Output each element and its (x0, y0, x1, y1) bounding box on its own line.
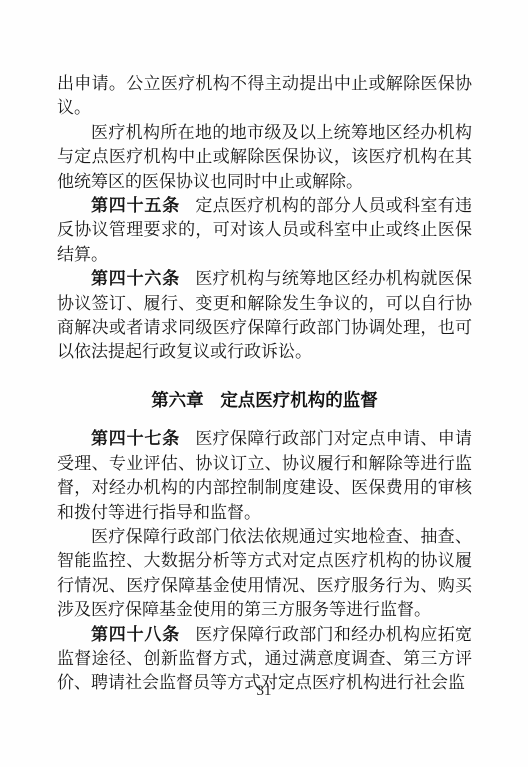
article-number-label: 第四十七条 (91, 429, 180, 448)
paragraph-text: 出申请。公立医疗机构不得主动提出中止或解除医保协议。 (57, 74, 472, 117)
document-page: 出申请。公立医疗机构不得主动提出中止或解除医保协议。 医疗机构所在地的地市级及以… (0, 0, 528, 767)
paragraph-body: 医疗机构所在地的地市级及以上统筹地区经办机构与定点医疗机构中止或解除医保协议，该… (57, 121, 472, 194)
article-number-label: 第四十六条 (91, 269, 180, 288)
paragraph-text: 医疗机构所在地的地市级及以上统筹地区经办机构与定点医疗机构中止或解除医保协议，该… (57, 123, 472, 191)
paragraph-text: 医疗保障行政部门依法依规通过实地检查、抽查、智能监控、大数据分析等方式对定点医疗… (57, 527, 472, 619)
paragraph-article-45: 第四十五条定点医疗机构的部分人员或科室有违反协议管理要求的，可对该人员或科室中止… (57, 194, 472, 267)
article-number-label: 第四十五条 (91, 196, 180, 215)
chapter-title: 定点医疗机构的监督 (220, 390, 378, 410)
paragraph-article-46: 第四十六条医疗机构与统筹地区经办机构就医保协议签订、履行、变更和解除发生争议的，… (57, 267, 472, 365)
paragraph-continuation: 出申请。公立医疗机构不得主动提出中止或解除医保协议。 (57, 72, 472, 121)
paragraph-article-47: 第四十七条医疗保障行政部门对定点申请、申请受理、专业评估、协议订立、协议履行和解… (57, 427, 472, 525)
chapter-heading: 第六章定点医疗机构的监督 (57, 388, 472, 412)
chapter-number-label: 第六章 (151, 390, 204, 410)
paragraph-body: 医疗保障行政部门依法依规通过实地检查、抽查、智能监控、大数据分析等方式对定点医疗… (57, 525, 472, 623)
article-number-label: 第四十八条 (91, 625, 180, 644)
page-number: 31 (0, 679, 528, 703)
